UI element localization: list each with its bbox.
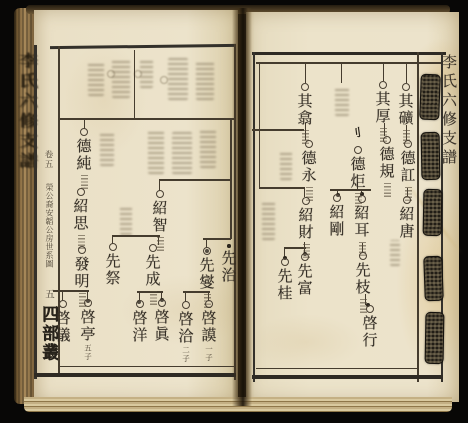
connector-line <box>383 63 384 81</box>
person: 先祭 <box>102 243 124 287</box>
person: 其厚 <box>372 81 394 142</box>
bleedthrough-mark <box>390 240 400 266</box>
person-name: 先枝 <box>353 262 374 296</box>
person: 啓洋 <box>129 300 151 344</box>
generation-ring-marker <box>333 194 341 202</box>
connector-line <box>203 238 231 240</box>
person: 先枝 <box>352 252 374 313</box>
connector-line <box>256 368 418 369</box>
connector-line <box>341 63 342 83</box>
bleedthrough-mark <box>335 88 349 116</box>
person: 德永 <box>298 140 320 201</box>
person-name: 啓行 <box>360 315 381 349</box>
person-name: 先祭 <box>103 253 124 287</box>
connector-line <box>406 63 407 83</box>
bleedthrough-mark <box>112 58 130 98</box>
person-name: 德炬 <box>348 156 369 190</box>
person: 德訌 <box>397 140 419 201</box>
bleedthrough-ring <box>160 76 168 84</box>
generation-ring-marker <box>354 146 362 154</box>
generation-ring-marker <box>78 246 86 254</box>
person: 啓亭五子 <box>77 299 99 361</box>
person-name: 紹智 <box>150 200 171 234</box>
person-annotation-illegible <box>384 182 391 197</box>
seal-stamp <box>425 312 445 364</box>
person-name: 先成 <box>143 254 164 288</box>
person-annotation: 五子 <box>83 344 94 361</box>
generation-ring-marker <box>59 300 67 308</box>
person: 啓行 <box>359 305 381 349</box>
person-name: 其礦 <box>396 93 417 127</box>
generation-ring-marker <box>136 300 144 308</box>
generation-ring-marker <box>404 140 412 148</box>
connector-line <box>305 63 306 83</box>
person: 德純 <box>73 128 95 189</box>
person-name: 德純 <box>74 138 95 172</box>
person-name: 其厚 <box>373 91 394 125</box>
person-name: 德訌 <box>398 150 419 184</box>
person: 紹剛 <box>326 194 348 238</box>
generation-ring-marker <box>402 83 410 91</box>
generation-ring-marker <box>403 196 411 204</box>
generation-ring-marker <box>305 140 313 148</box>
generation-ring-marker <box>156 190 164 198</box>
generation-ring-marker <box>358 195 366 203</box>
book-gutter-shadow <box>232 8 252 406</box>
person-annotation: 二子 <box>181 346 192 363</box>
generation-ring-marker <box>301 253 309 261</box>
person-name: 啓洋 <box>130 310 151 344</box>
generation-ring-marker <box>158 299 166 307</box>
generation-ring-marker <box>77 188 85 196</box>
person-name: 啓謨 <box>199 310 220 344</box>
bleedthrough-mark <box>196 62 214 100</box>
connector-line <box>259 63 260 188</box>
connector-line <box>253 52 255 382</box>
connector-line <box>159 179 232 181</box>
bleedthrough-mark <box>168 58 188 100</box>
person-name: 先富 <box>295 263 316 297</box>
person-name: 紹耳 <box>352 205 373 239</box>
connector-line <box>134 50 135 118</box>
generation-ring-marker <box>379 81 387 89</box>
bleedthrough-mark <box>120 205 132 235</box>
person-annotation-illegible <box>81 174 88 189</box>
seal-stamp <box>419 74 441 121</box>
person: 啓儀 <box>52 300 74 344</box>
person-name: 德規 <box>377 146 398 180</box>
person: 啓眞 <box>151 299 173 343</box>
person-name: 紹思 <box>71 198 92 232</box>
book-scan-photo: 李氏六修支譜 卷五 榮公裔安韜公房世系圖 五 四部叢 李氏六修支譜 刂 德純紹思… <box>0 0 468 423</box>
person: 先富 <box>294 253 316 297</box>
person-name: 紹唐 <box>397 206 418 240</box>
volume-label: 卷五 <box>42 150 54 180</box>
person: 紹思 <box>70 188 92 249</box>
person-name: 啓洽 <box>176 311 197 345</box>
person: 先燮 <box>196 247 218 308</box>
person-name: 德永 <box>299 150 320 184</box>
generation-ring-marker <box>281 258 289 266</box>
connector-line <box>34 45 37 379</box>
person-name: 先桂 <box>275 268 296 302</box>
connector-line <box>34 373 236 377</box>
person: 紹耳 <box>351 195 373 256</box>
generation-ring-marker <box>203 247 211 255</box>
person: 啓洽二子 <box>175 301 197 363</box>
person: 先桂 <box>274 258 296 302</box>
person: 紹財 <box>295 197 317 258</box>
person-name: 紹財 <box>296 207 317 241</box>
bleedthrough-mark <box>148 130 164 174</box>
generation-ring-marker <box>84 299 92 307</box>
person: 德規 <box>376 136 398 197</box>
bleedthrough-mark <box>200 128 216 168</box>
person-name: 其翕 <box>295 93 316 127</box>
chart-caption: 榮公裔安韜公房世系圖 <box>44 183 55 278</box>
connector-line <box>252 375 443 379</box>
generation-dot-marker <box>227 244 231 248</box>
bleedthrough-mark <box>100 132 114 166</box>
person-name: 啓眞 <box>152 309 173 343</box>
connector-line <box>58 366 236 367</box>
person: 紹唐 <box>396 196 418 240</box>
handwritten-correction-mark: 刂 <box>349 125 358 139</box>
connector-line <box>59 118 235 120</box>
person: 先成 <box>142 244 164 305</box>
spine-title: 李氏六修支譜 <box>15 52 40 242</box>
generation-ring-marker <box>109 243 117 251</box>
person-annotation: 一子 <box>204 345 215 362</box>
person: 其翕 <box>294 83 316 144</box>
person: 啓謨一子 <box>198 300 220 362</box>
seal-stamp <box>423 256 444 302</box>
generation-ring-marker <box>366 305 374 313</box>
connector-line <box>256 62 443 64</box>
generation-ring-marker <box>205 300 213 308</box>
bleedthrough-ring <box>107 70 115 78</box>
person-name: 啓亭 <box>78 309 99 343</box>
person-name: 紹剛 <box>327 204 348 238</box>
generation-ring-marker <box>301 83 309 91</box>
person: 紹智 <box>149 190 171 251</box>
person-name: 先燮 <box>197 257 218 291</box>
bleedthrough-mark <box>172 132 192 174</box>
generation-ring-marker <box>80 128 88 136</box>
bleedthrough-mark <box>88 62 104 96</box>
bleedthrough-mark <box>262 200 275 240</box>
seal-stamp <box>421 132 441 180</box>
right-margin-title: 李氏六修支譜 <box>441 54 460 244</box>
generation-ring-marker <box>302 197 310 205</box>
generation-ring-marker <box>182 301 190 309</box>
person: 發明 <box>71 246 93 307</box>
bleedthrough-mark <box>280 150 292 180</box>
generation-ring-marker <box>359 252 367 260</box>
generation-ring-marker <box>149 244 157 252</box>
person-name: 發明 <box>72 256 93 290</box>
generation-ring-marker <box>383 136 391 144</box>
seal-stamp <box>423 189 443 236</box>
person-name: 啓儀 <box>53 310 74 344</box>
person: 其礦 <box>395 83 417 144</box>
